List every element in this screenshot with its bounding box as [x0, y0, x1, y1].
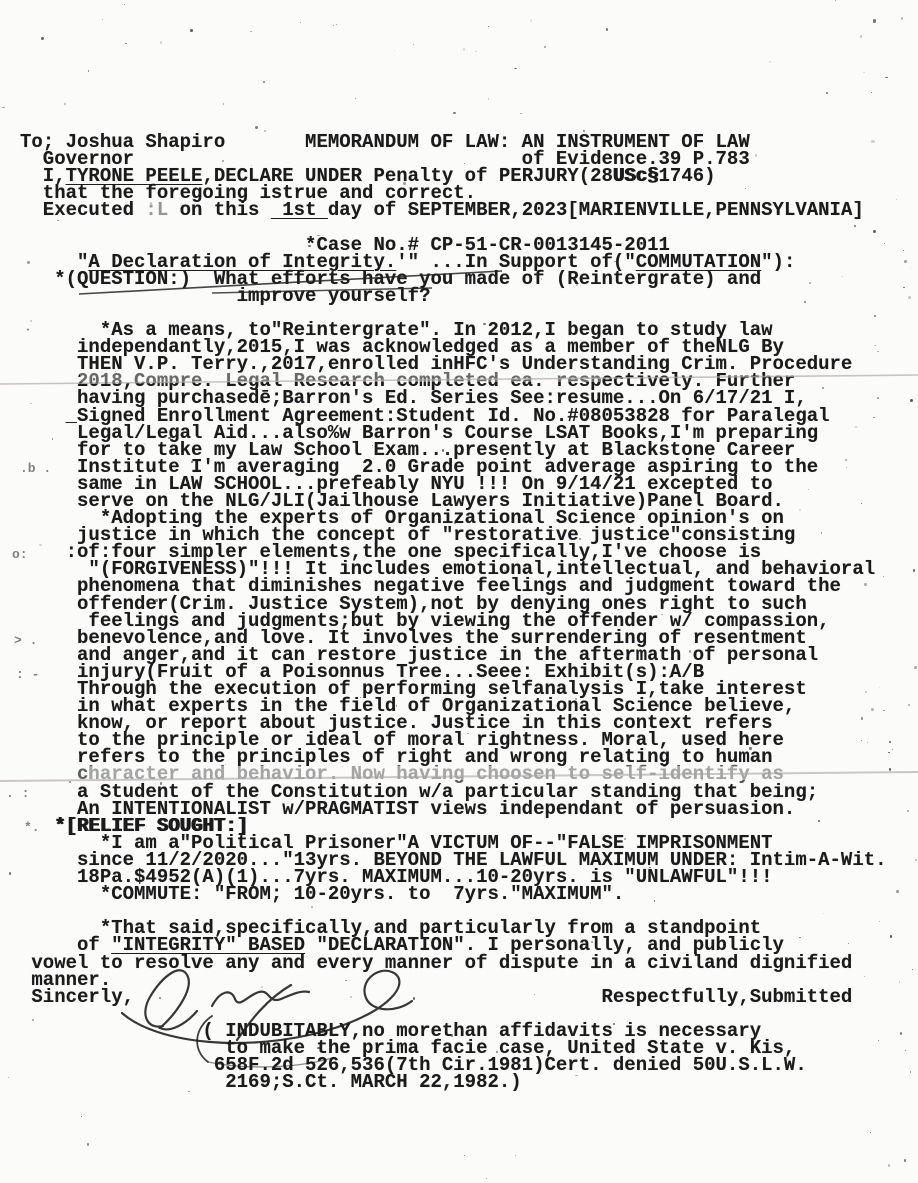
margin-smudge: ·: [24, 322, 32, 337]
noise-speck: [453, 112, 456, 115]
noise-speck: [57, 220, 60, 221]
noise-speck: [905, 1050, 906, 1051]
noise-speck: [904, 1159, 907, 1162]
noise-speck: [288, 930, 291, 933]
noise-speck: [896, 890, 899, 893]
noise-speck: [390, 393, 391, 394]
noise-speck: [8, 1077, 9, 1078]
margin-smudge: . :: [6, 786, 29, 801]
noise-speck: [413, 44, 414, 45]
noise-speck: [504, 570, 506, 572]
noise-speck: [451, 1034, 453, 1036]
noise-speck: [88, 70, 89, 71]
noise-speck: [115, 371, 116, 372]
document-line: improve yourself?: [20, 288, 918, 305]
noise-speck: [901, 17, 904, 20]
noise-speck: [879, 921, 880, 922]
noise-speck: [915, 859, 917, 861]
noise-speck: [883, 576, 884, 577]
noise-speck: [727, 465, 728, 466]
noise-speck: [2, 107, 5, 108]
noise-speck: [454, 523, 456, 524]
document-line: *COMMUTE: "FROM; 10-20yrs. to 7yrs."MAXI…: [20, 886, 918, 903]
noise-speck: [250, 31, 253, 32]
noise-speck: [804, 301, 806, 303]
noise-speck: [9, 872, 11, 874]
scanned-page: To; Joshua Shapiro MEMORANDUM OF LAW: AN…: [0, 0, 918, 1183]
noise-speck: [464, 1155, 465, 1156]
noise-speck: [394, 50, 395, 51]
noise-speck: [168, 437, 170, 439]
margin-smudge: .b .: [20, 461, 51, 476]
document-line: Sincerly, Respectfully,Submitted: [20, 989, 918, 1006]
document-line: character and behavior. Now having choos…: [20, 766, 918, 783]
noise-speck: [198, 330, 200, 332]
noise-speck: [873, 19, 876, 22]
noise-speck: [910, 399, 913, 402]
noise-speck: [160, 41, 163, 44]
noise-speck: [871, 708, 874, 711]
noise-speck: [567, 1068, 569, 1070]
noise-speck: [41, 37, 44, 40]
noise-speck: [769, 61, 771, 63]
noise-speck: [168, 760, 170, 762]
noise-speck: [515, 1155, 516, 1156]
noise-speck: [530, 19, 532, 21]
noise-speck: [81, 1116, 83, 1117]
noise-speck: [281, 606, 283, 608]
noise-speck: [826, 92, 828, 94]
noise-speck: [624, 838, 626, 840]
document-line: Executed :L on this 1st day of SEPTEMBER…: [20, 202, 918, 219]
document-line: 2169;S.Ct. MARCH 22,1982.): [20, 1074, 918, 1091]
noise-speck: [865, 691, 866, 692]
noise-speck: [874, 315, 876, 317]
noise-speck: [864, 583, 867, 586]
noise-speck: [159, 997, 161, 999]
noise-speck: [223, 103, 224, 104]
noise-speck: [534, 994, 536, 995]
noise-speck: [626, 657, 628, 659]
noise-speck: [160, 782, 162, 784]
noise-speck: [823, 913, 824, 914]
noise-speck: [567, 1027, 569, 1029]
noise-speck: [877, 397, 879, 399]
noise-speck: [311, 906, 313, 908]
noise-speck: [885, 77, 887, 78]
noise-speck: [308, 245, 310, 247]
noise-speck: [871, 92, 872, 93]
noise-speck: [620, 498, 622, 500]
noise-speck: [475, 51, 476, 52]
noise-speck: [591, 941, 593, 943]
margin-smudge: o:: [12, 547, 28, 562]
noise-speck: [689, 650, 691, 652]
noise-speck: [701, 778, 704, 781]
noise-speck: [863, 72, 865, 73]
noise-speck: [360, 697, 361, 698]
document-line: vowel to resolve any and every manner of…: [20, 955, 918, 972]
noise-speck: [333, 25, 334, 26]
noise-speck: [669, 676, 671, 678]
margin-smudge: > .: [14, 633, 37, 648]
noise-speck: [684, 750, 685, 751]
noise-speck: [345, 980, 348, 981]
noise-speck: [904, 260, 907, 263]
noise-speck: [606, 28, 608, 30]
noise-speck: [190, 29, 193, 32]
noise-speck: [124, 4, 125, 5]
noise-speck: [102, 19, 104, 21]
noise-speck: [654, 900, 655, 901]
document-body: To; Joshua Shapiro MEMORANDUM OF LAW: AN…: [20, 134, 918, 1091]
noise-speck: [125, 43, 126, 44]
noise-speck: [544, 46, 546, 48]
noise-speck: [890, 935, 892, 937]
noise-speck: [488, 98, 490, 100]
noise-speck: [818, 820, 820, 822]
noise-speck: [914, 666, 917, 669]
noise-speck: [576, 284, 578, 286]
noise-speck: [30, 403, 31, 404]
noise-speck: [488, 26, 489, 27]
noise-speck: [336, 24, 337, 25]
noise-speck: [871, 140, 874, 143]
noise-speck: [649, 867, 650, 868]
noise-speck: [143, 443, 145, 444]
noise-speck: [642, 264, 644, 266]
noise-speck: [788, 601, 789, 602]
noise-speck: [467, 733, 469, 734]
noise-speck: [873, 417, 875, 418]
noise-speck: [87, 1143, 89, 1145]
noise-speck: [155, 599, 157, 601]
noise-speck: [500, 558, 501, 559]
noise-speck: [309, 705, 311, 707]
noise-speck: [300, 22, 301, 23]
noise-speck: [910, 1071, 911, 1072]
noise-speck: [749, 747, 752, 750]
noise-speck: [514, 68, 517, 69]
noise-speck: [656, 704, 659, 707]
noise-speck: [64, 103, 66, 105]
noise-speck: [355, 98, 356, 99]
margin-smudge: *.: [24, 820, 40, 835]
noise-speck: [32, 1019, 34, 1021]
noise-speck: [69, 781, 71, 783]
noise-speck: [251, 165, 252, 166]
noise-speck: [261, 986, 263, 988]
noise-speck: [463, 48, 465, 50]
noise-speck: [903, 250, 904, 251]
noise-speck: [520, 113, 522, 115]
noise-speck: [860, 35, 863, 38]
noise-speck: [855, 426, 856, 427]
noise-speck: [678, 846, 679, 847]
noise-speck: [613, 1023, 615, 1025]
noise-speck: [889, 768, 891, 770]
noise-speck: [835, 0, 836, 1]
noise-speck: [222, 160, 224, 162]
noise-speck: [888, 1164, 890, 1166]
noise-speck: [39, 544, 41, 546]
noise-speck: [375, 205, 376, 206]
margin-smudge: : -: [16, 667, 39, 682]
noise-speck: [255, 126, 258, 129]
noise-speck: [889, 741, 891, 743]
noise-speck: [892, 749, 893, 750]
noise-speck: [870, 1132, 871, 1133]
noise-speck: [317, 235, 319, 236]
noise-speck: [486, 1178, 487, 1179]
noise-speck: [263, 81, 265, 83]
noise-speck: [413, 997, 415, 999]
